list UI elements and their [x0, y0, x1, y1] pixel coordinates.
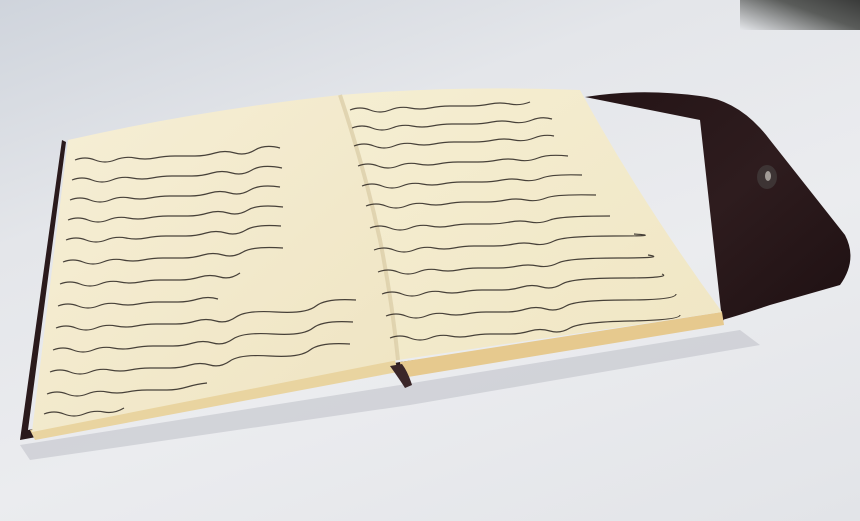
- photo-scene: [0, 0, 860, 521]
- notebook-illustration: [0, 0, 860, 521]
